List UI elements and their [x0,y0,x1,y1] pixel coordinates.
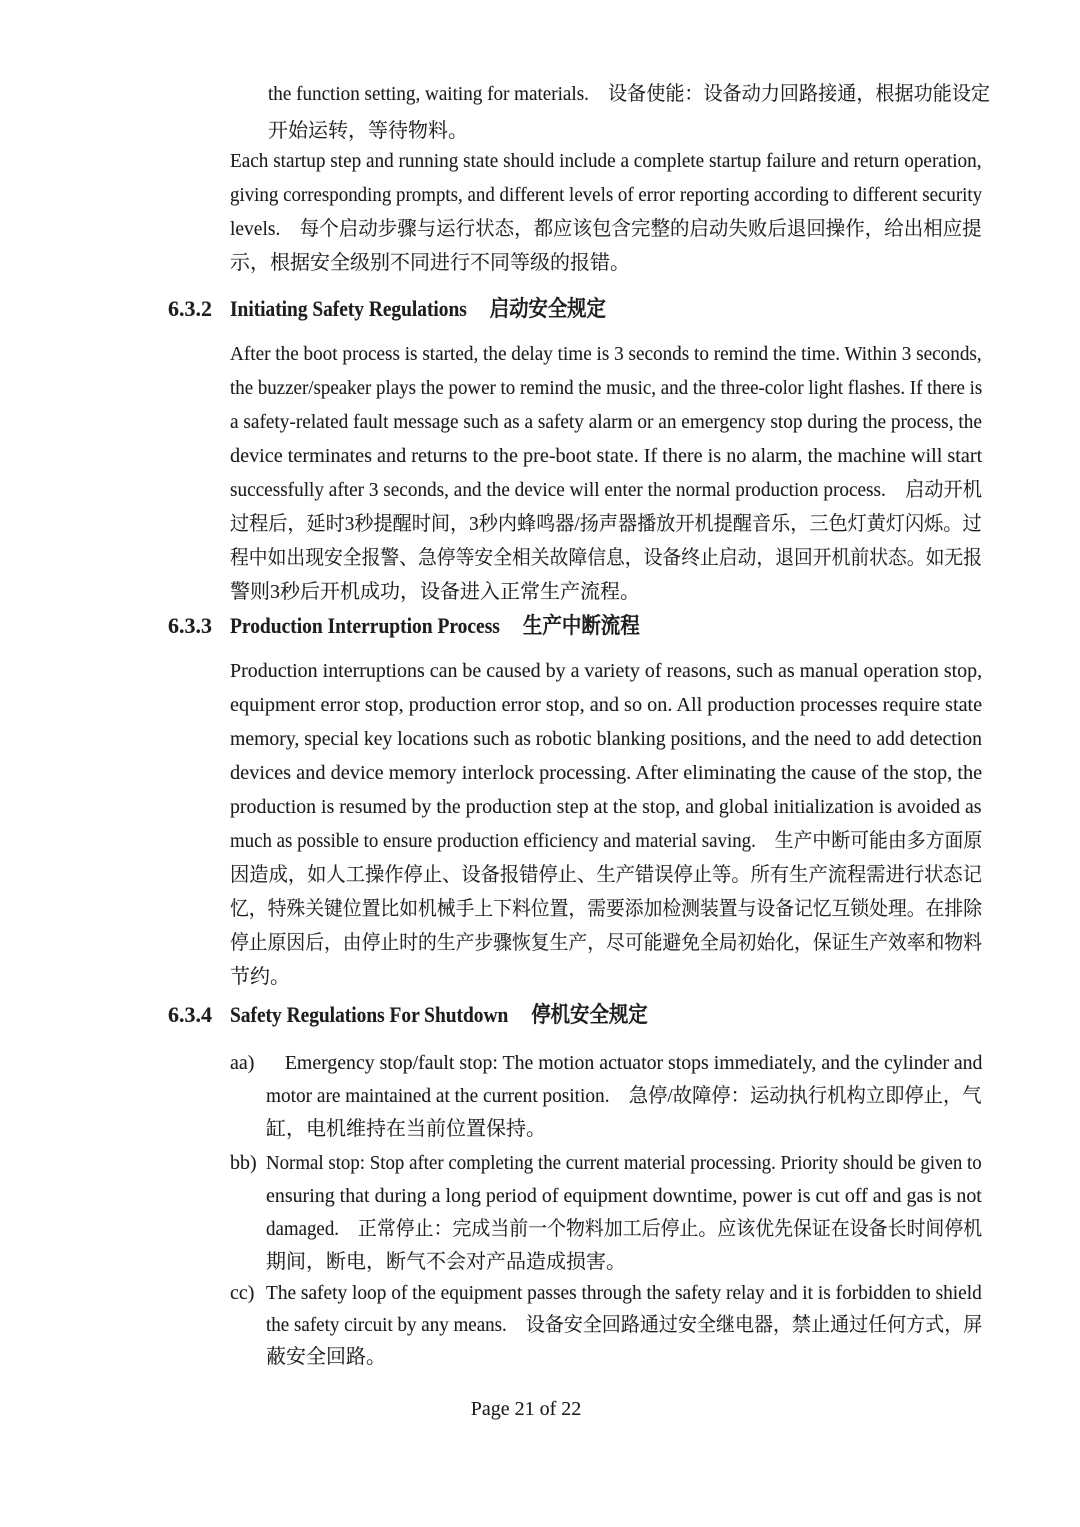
section-title-en: Safety Regulations For Shutdown [230,1002,508,1027]
text-line: 期间，断电，断气不会对产品造成损害。 [266,1246,626,1279]
text-line: the safety circuit by any means. 设备安全回路通… [266,1309,982,1341]
section-title-zh: 停机安全规定 [531,1002,647,1027]
list-item-text-cc: The safety loop of the equipment passes … [266,1277,982,1373]
section-number-6-3-4: 6.3.4 [168,1000,212,1030]
page-number-text: Page 21 of 22 [471,1398,582,1421]
text-line: the buzzer/speaker plays the power to re… [230,371,982,405]
section-title-zh: 启动安全规定 [490,296,606,321]
text-line: After the boot process is started, the d… [230,337,982,371]
text-line: devices and device memory interlock proc… [230,756,982,790]
section-title-en: Initiating Safety Regulations [230,296,467,321]
text-line: 因造成，如人工操作停止、设备报错停止、生产错误停止等。所有生产流程需进行状态记 [230,858,982,892]
text-line: ensuring that during a long period of eq… [266,1180,982,1213]
paragraph-device-enable-continuation: the function setting, waiting for materi… [268,76,990,150]
paragraph-6-3-2-body: After the boot process is started, the d… [230,337,982,609]
section-title-zh: 生产中断流程 [523,613,640,638]
text-line: levels. 每个启动步骤与运行状态，都应该包含完整的启动失败后退回操作，给出… [230,212,982,246]
text-line: a safety-related fault message such as a… [230,405,982,439]
section-number-6-3-2: 6.3.2 [168,294,212,324]
list-item-label-cc: cc) [230,1277,254,1310]
section-number-6-3-3: 6.3.3 [168,611,212,641]
page-footer: Page 21 of 22 [0,1398,1052,1421]
list-item-label-aa: aa) [230,1047,254,1080]
section-title-line: Production Interruption Process生产中断流程 [230,611,640,641]
text-line: production is resumed by the production … [230,790,982,824]
text-line: Normal stop: Stop after completing the c… [266,1147,982,1180]
text-line: Each startup step and running state shou… [230,144,982,178]
text-line: 蔽安全回路。 [266,1341,386,1373]
text-line: 警则3秒后开机成功，设备进入正常生产流程。 [230,575,640,609]
text-line: the function setting, waiting for materi… [268,76,990,113]
text-line: much as possible to ensure production ef… [230,824,982,858]
text-line: motor are maintained at the current posi… [266,1080,982,1113]
text-line: 程中如出现安全报警、急停等安全相关故障信息，设备终止启动，退回开机前状态。如无报 [230,541,982,575]
text-line: successfully after 3 seconds, and the de… [230,473,982,507]
text-line: device terminates and returns to the pre… [230,439,982,473]
list-item-label-bb: bb) [230,1147,257,1180]
section-title-line: Safety Regulations For Shutdown停机安全规定 [230,1000,648,1030]
document-page: { "document": { "continuation": { "lines… [0,0,1080,1527]
text-line: 过程后，延时3秒提醒时间，3秒内蜂鸣器/扬声器播放开机提醒音乐，三色灯黄灯闪烁。… [230,507,982,541]
text-line: memory, special key locations such as ro… [230,722,982,756]
text-line: Production interruptions can be caused b… [230,654,982,688]
section-title-6-3-2: Initiating Safety Regulations启动安全规定 [230,294,606,324]
text-line: 停止原因后，由停止时的生产步骤恢复生产，尽可能避免全局初始化，保证生产效率和物料 [230,926,982,960]
section-title-6-3-4: Safety Regulations For Shutdown停机安全规定 [230,1000,648,1030]
text-line: damaged. 正常停止：完成当前一个物料加工后停止。应该优先保证在设备长时间… [266,1213,982,1246]
paragraph-startup-step-note: Each startup step and running state shou… [230,144,982,280]
text-line: equipment error stop, production error s… [230,688,982,722]
text-line: 节约。 [230,960,290,994]
text-line: Emergency stop/fault stop: The motion ac… [266,1047,982,1080]
section-title-6-3-3: Production Interruption Process生产中断流程 [230,611,640,641]
paragraph-6-3-3-body: Production interruptions can be caused b… [230,654,982,994]
list-item-text-bb: Normal stop: Stop after completing the c… [266,1147,982,1279]
text-line: 示，根据安全级别不同进行不同等级的报错。 [230,246,630,280]
text-line: 忆，特殊关键位置比如机械手上下料位置，需要添加检测装置与设备记忆互锁处理。在排除 [230,892,982,926]
text-line: The safety loop of the equipment passes … [266,1277,982,1309]
list-item-text-aa: Emergency stop/fault stop: The motion ac… [266,1047,982,1146]
text-line: 缸，电机维持在当前位置保持。 [266,1113,546,1146]
section-title-en: Production Interruption Process [230,613,500,638]
text-line: giving corresponding prompts, and differ… [230,178,982,212]
section-title-line: Initiating Safety Regulations启动安全规定 [230,294,606,324]
